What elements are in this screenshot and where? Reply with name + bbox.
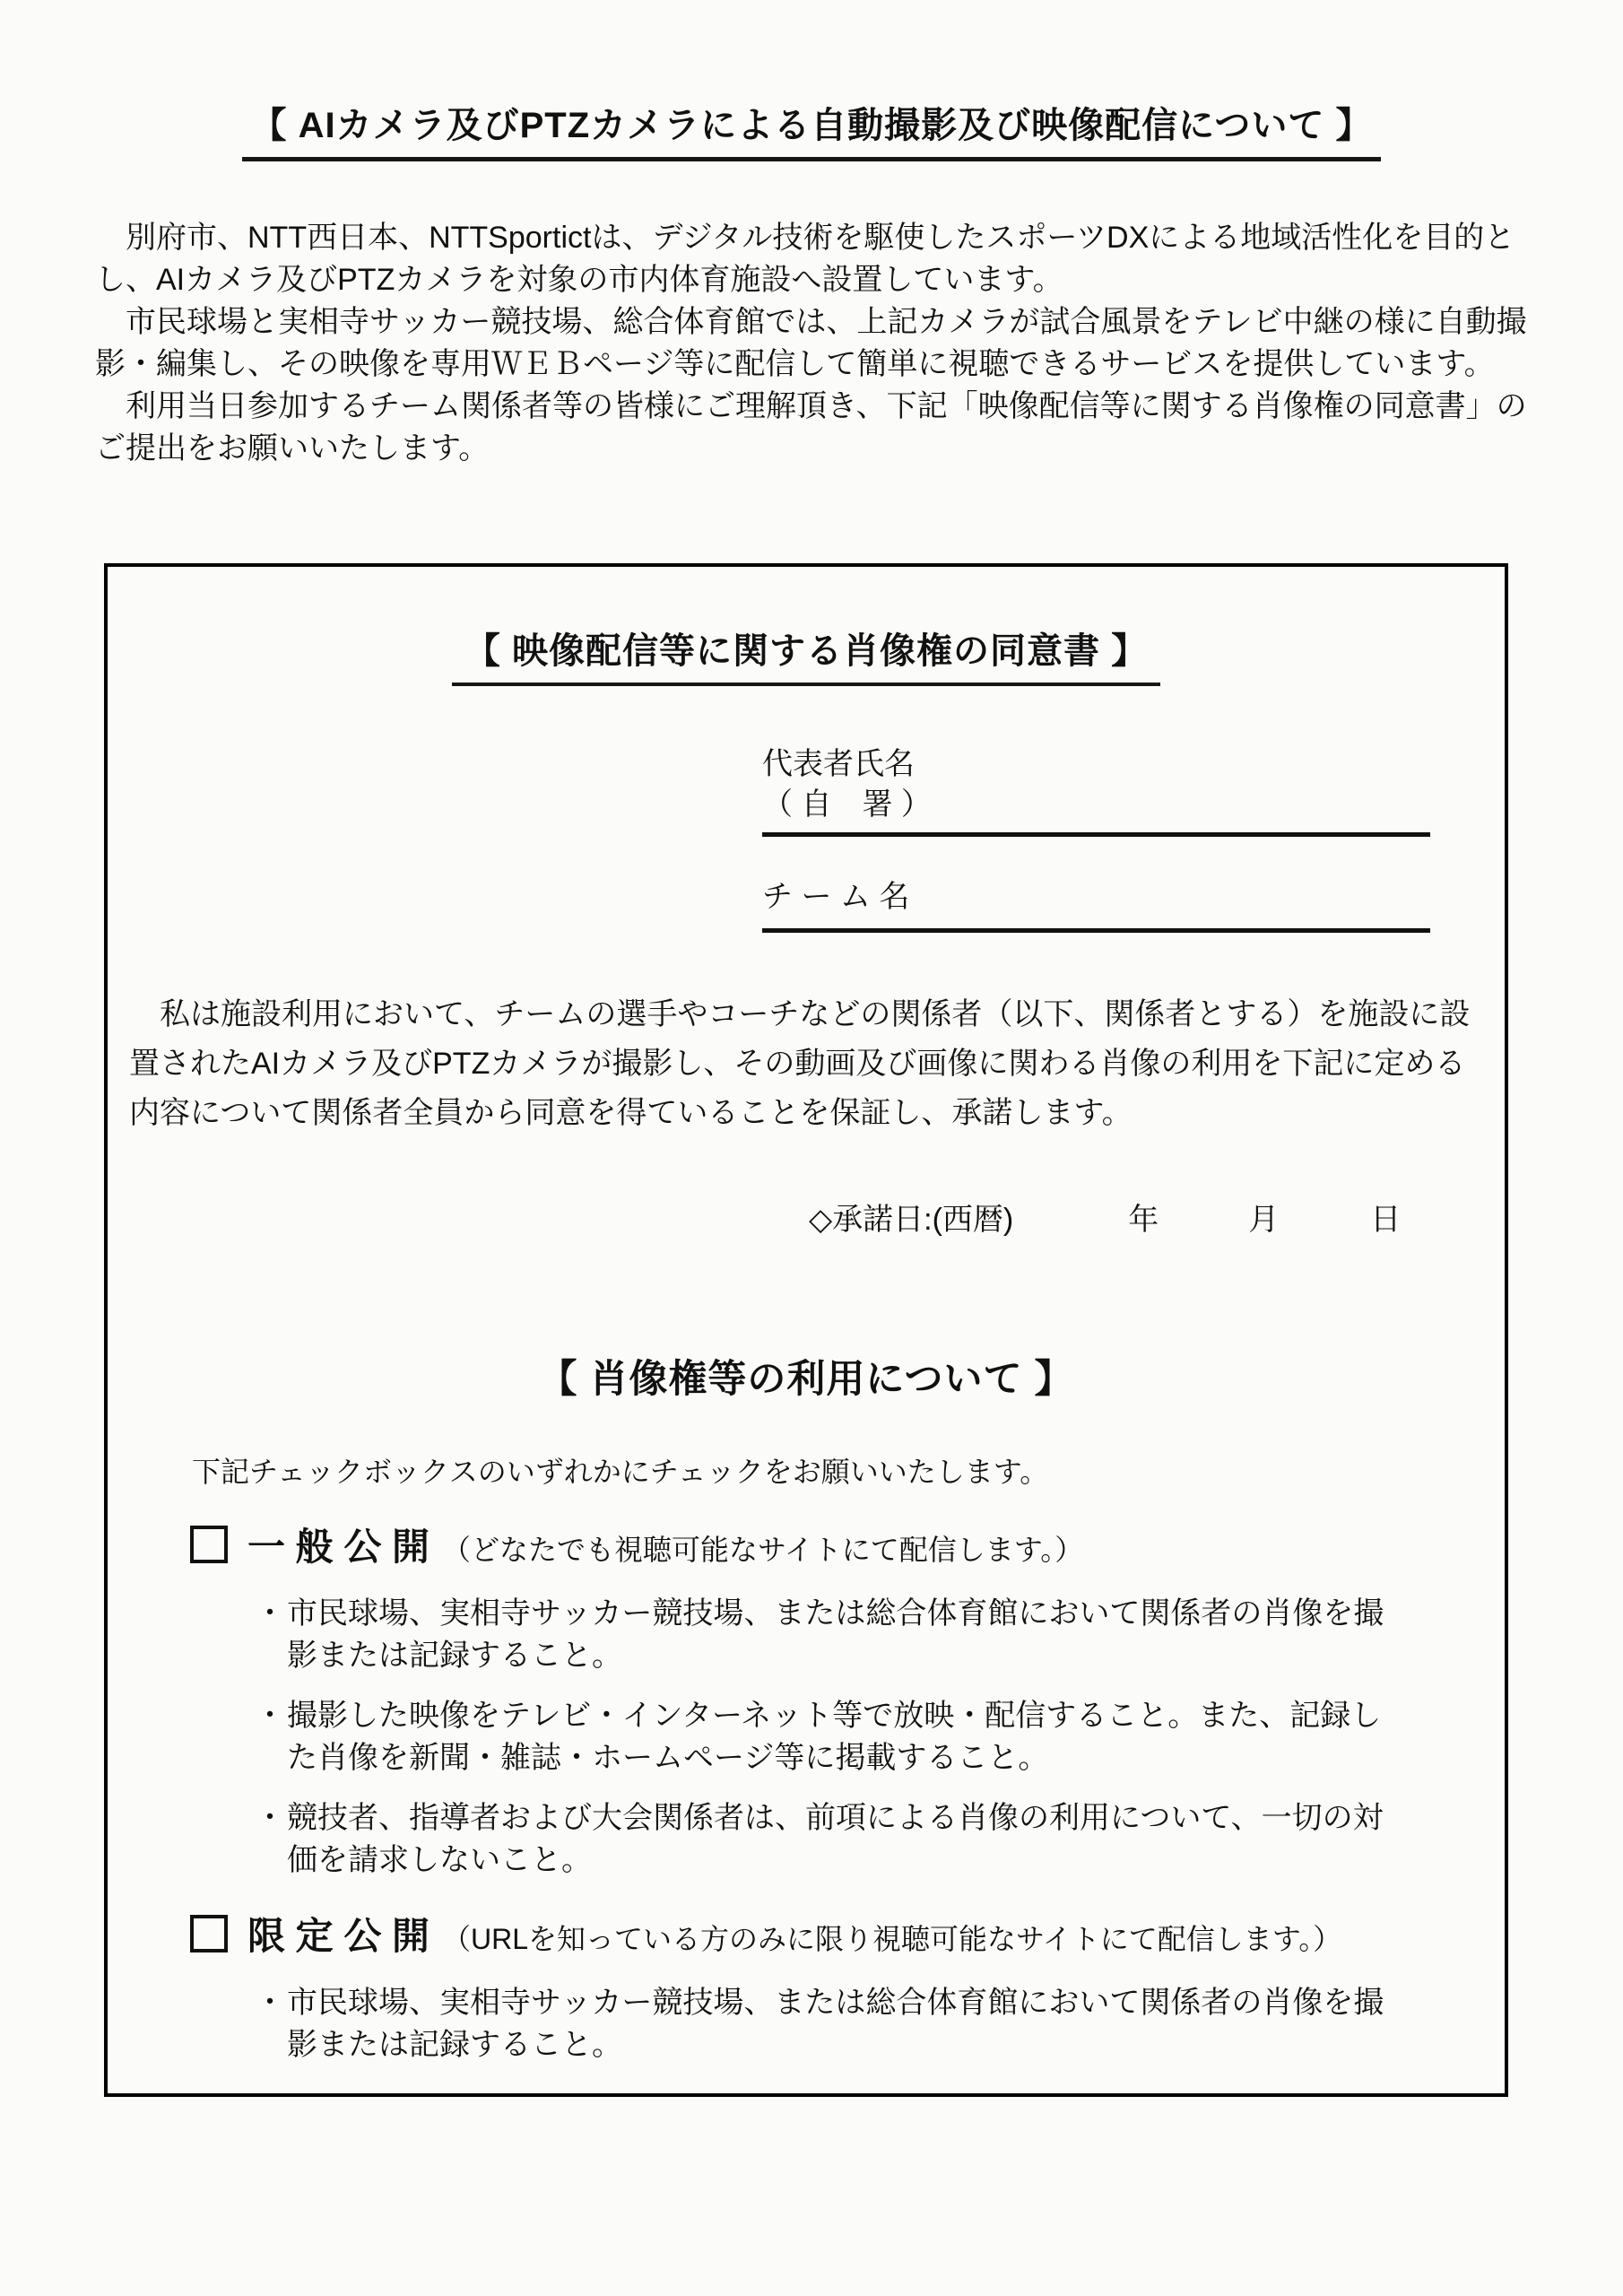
bullet-dot-icon: ・ bbox=[255, 1982, 287, 2066]
bullet-text: 競技者、指導者および大会関係者は、前項による肖像の利用について、一切の対価を請求… bbox=[287, 1797, 1393, 1882]
bullet-text: 市民球場、実相寺サッカー競技場、または総合体育館において関係者の肖像を撮影または… bbox=[287, 1982, 1393, 2066]
limited-public-note: （URLを知っている方のみに限り視聴可能なサイトにて配信します。） bbox=[442, 1909, 1341, 1958]
team-name-label: チ ー ム 名 bbox=[762, 877, 1430, 918]
bullet-item: ・ 市民球場、実相寺サッカー競技場、または総合体育館において関係者の肖像を撮影ま… bbox=[255, 1982, 1393, 2066]
bullet-item: ・ 撮影した映像をテレビ・インターネット等で放映・配信すること。また、記録した肖… bbox=[255, 1695, 1393, 1779]
bullet-dot-icon: ・ bbox=[255, 1695, 287, 1779]
usage-section-heading: 【 肖像権等の利用について 】 bbox=[108, 1349, 1505, 1404]
document-page: 【 AIカメラ及びPTZカメラによる自動撮影及び映像配信について 】 別府市、N… bbox=[0, 0, 1623, 2296]
general-public-note: （どなたでも視聴可能なサイトにて配信します。） bbox=[442, 1520, 1083, 1569]
team-name-field: チ ー ム 名 bbox=[762, 877, 1430, 933]
limited-public-label: 限 定 公 開 bbox=[247, 1907, 430, 1961]
general-public-checkbox[interactable] bbox=[190, 1526, 228, 1563]
acceptance-date-label: ◇承諾日:(西暦) bbox=[809, 1203, 1013, 1237]
representative-name-field: 代表者氏名 （ 自 署 ） bbox=[762, 744, 1430, 837]
date-day-label: 日 bbox=[1370, 1203, 1401, 1237]
document-title: 【 AIカメラ及びPTZカメラによる自動撮影及び映像配信について 】 bbox=[242, 95, 1382, 161]
intro-section: 別府市、NTT西日本、NTTSportictは、デジタル技術を駆使したスポーツD… bbox=[95, 217, 1533, 469]
intro-paragraph-3: 利用当日参加するチーム関係者等の皆様にご理解頂き、下記「映像配信等に関する肖像権… bbox=[95, 386, 1533, 470]
consent-form-title: 【 映像配信等に関する肖像権の同意書 】 bbox=[108, 622, 1505, 686]
bullet-text: 市民球場、実相寺サッカー競技場、または総合体育館において関係者の肖像を撮影または… bbox=[287, 1593, 1393, 1677]
general-public-bullets: ・ 市民球場、実相寺サッカー競技場、または総合体育館において関係者の肖像を撮影ま… bbox=[255, 1593, 1428, 1881]
option-general-public: 一 般 公 開 （どなたでも視聴可能なサイトにて配信します。） ・ 市民球場、実… bbox=[190, 1518, 1428, 1899]
team-name-line[interactable] bbox=[762, 928, 1430, 933]
representative-name-line[interactable] bbox=[762, 832, 1430, 837]
limited-public-bullets: ・ 市民球場、実相寺サッカー競技場、または総合体育館において関係者の肖像を撮影ま… bbox=[255, 1982, 1428, 2066]
intro-paragraph-2: 市民球場と実相寺サッカー競技場、総合体育館では、上記カメラが試合風景をテレビ中継… bbox=[95, 301, 1533, 386]
checkbox-instruction: 下記チェックボックスのいずれかにチェックをお願いいたします。 bbox=[192, 1449, 1048, 1491]
representative-name-label: 代表者氏名 （ 自 署 ） bbox=[762, 744, 1430, 825]
date-year-label: 年 bbox=[1128, 1203, 1159, 1237]
bullet-dot-icon: ・ bbox=[255, 1593, 287, 1677]
declaration-text: 私は施設利用において、チームの選手やコーチなどの関係者（以下、関係者とする）を施… bbox=[129, 990, 1488, 1138]
bullet-dot-icon: ・ bbox=[255, 1797, 287, 1882]
option-general-public-row: 一 般 公 開 （どなたでも視聴可能なサイトにて配信します。） bbox=[190, 1518, 1428, 1571]
date-month-label: 月 bbox=[1248, 1203, 1279, 1237]
bullet-item: ・ 競技者、指導者および大会関係者は、前項による肖像の利用について、一切の対価を… bbox=[255, 1797, 1393, 1882]
consent-form-box: 【 映像配信等に関する肖像権の同意書 】 代表者氏名 （ 自 署 ） チ ー ム… bbox=[104, 563, 1508, 2097]
representative-signature-label: （ 自 署 ） bbox=[762, 785, 1430, 825]
bullet-text: 撮影した映像をテレビ・インターネット等で放映・配信すること。また、記録した肖像を… bbox=[287, 1695, 1393, 1779]
option-limited-public-row: 限 定 公 開 （URLを知っている方のみに限り視聴可能なサイトにて配信します。… bbox=[190, 1907, 1428, 1961]
general-public-label: 一 般 公 開 bbox=[247, 1518, 430, 1571]
acceptance-date-line: ◇承諾日:(西暦)年月日 bbox=[809, 1195, 1401, 1239]
intro-paragraph-1: 別府市、NTT西日本、NTTSportictは、デジタル技術を駆使したスポーツD… bbox=[95, 217, 1533, 301]
limited-public-checkbox[interactable] bbox=[190, 1915, 228, 1952]
option-limited-public: 限 定 公 開 （URLを知っている方のみに限り視聴可能なサイトにて配信します。… bbox=[190, 1907, 1428, 2084]
bullet-item: ・ 市民球場、実相寺サッカー競技場、または総合体育館において関係者の肖像を撮影ま… bbox=[255, 1593, 1393, 1677]
